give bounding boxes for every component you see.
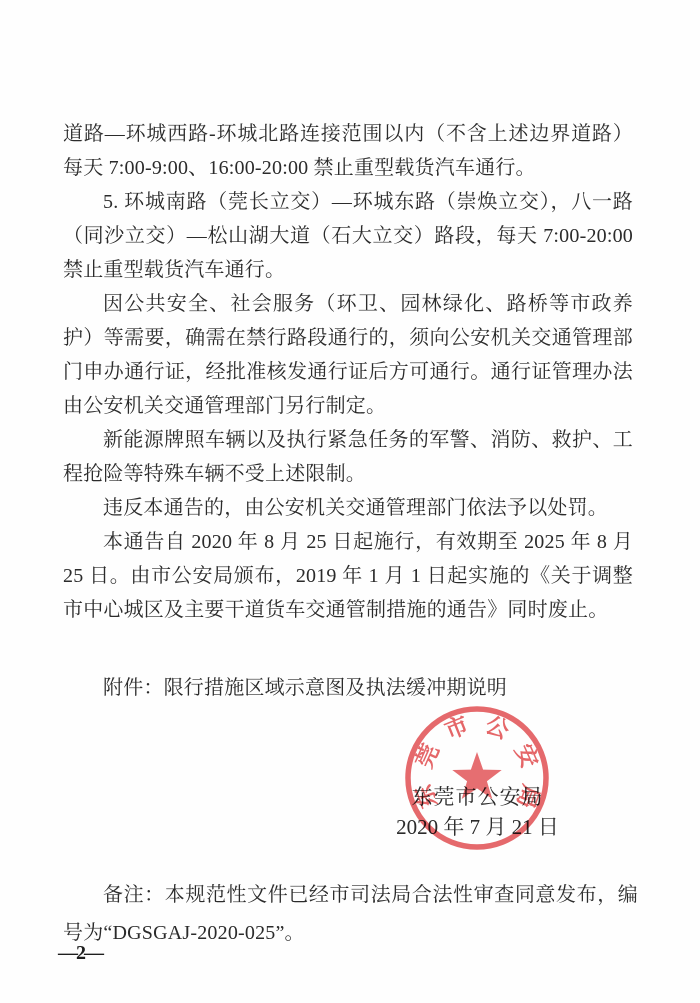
paragraph-validity: 本通告自 2020 年 8 月 25 日起施行，有效期至 2025 年 8 月 … [63,525,633,627]
paragraph-penalty: 违反本通告的，由公安机关交通管理部门依法予以处罚。 [63,491,633,525]
paragraph-roads-limit: 道路—环城西路-环城北路连接范围以内（不含上述边界道路）每天 7:00-9:00… [63,117,633,185]
seal-star-icon [452,752,501,799]
paragraph-permit: 因公共安全、社会服务（环卫、园林绿化、路桥等市政养护）等需要，确需在禁行路段通行… [63,287,633,423]
official-seal: 东 莞 市 公 安 局 [397,698,557,858]
document-page: 道路—环城西路-环城北路连接范围以内（不含上述边界道路）每天 7:00-9:00… [0,0,700,1003]
document-body: 道路—环城西路-环城北路连接范围以内（不含上述边界道路）每天 7:00-9:00… [63,117,633,705]
paragraph-item-5: 5. 环城南路（莞长立交）—环城东路（崇焕立交），八一路（同沙立交）—松山湖大道… [63,185,633,287]
page-number: —2— [58,942,102,965]
paragraph-exempt-vehicles: 新能源牌照车辆以及执行紧急任务的军警、消防、救护、工程抢险等特殊车辆不受上述限制… [63,423,633,491]
review-note: 备注：本规范性文件已经市司法局合法性审查同意发布，编号为“DGSGAJ-2020… [63,876,638,952]
